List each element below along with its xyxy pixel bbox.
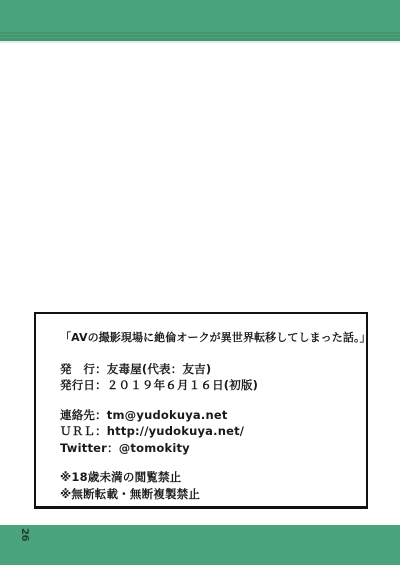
top-band-fade-edge [0, 41, 400, 44]
publication-date-line: 発行日：２０１９年６月１６日(初版) [60, 377, 354, 394]
age-restriction-notice: ※18歳未満の閲覧禁止 [60, 469, 354, 486]
website-url-line: ＵＲＬ：http://yudokuya.net/ [60, 423, 354, 440]
bottom-green-band: 26 [0, 525, 400, 565]
no-reprint-notice: ※無断転載・無断複製禁止 [60, 486, 354, 503]
contact-info-group: 連絡先：tm@yudokuya.net ＵＲＬ：http://yudokuya.… [60, 407, 354, 457]
top-green-band [0, 0, 400, 41]
publisher-line: 発 行：友毒屋(代表：友吉) [60, 361, 354, 378]
notices-group: ※18歳未満の閲覧禁止 ※無断転載・無断複製禁止 [60, 469, 354, 502]
colophon-box: 「AVの撮影現場に絶倫オークが異世界転移してしまった話。」 発 行：友毒屋(代表… [34, 312, 368, 509]
twitter-handle-line: Twitter：@tomokity [60, 440, 354, 457]
doujin-title: 「AVの撮影現場に絶倫オークが異世界転移してしまった話。」 [60, 330, 354, 347]
contact-email-line: 連絡先：tm@yudokuya.net [60, 407, 354, 424]
page-number: 26 [19, 528, 30, 541]
publication-info-group: 発 行：友毒屋(代表：友吉) 発行日：２０１９年６月１６日(初版) [60, 361, 354, 394]
